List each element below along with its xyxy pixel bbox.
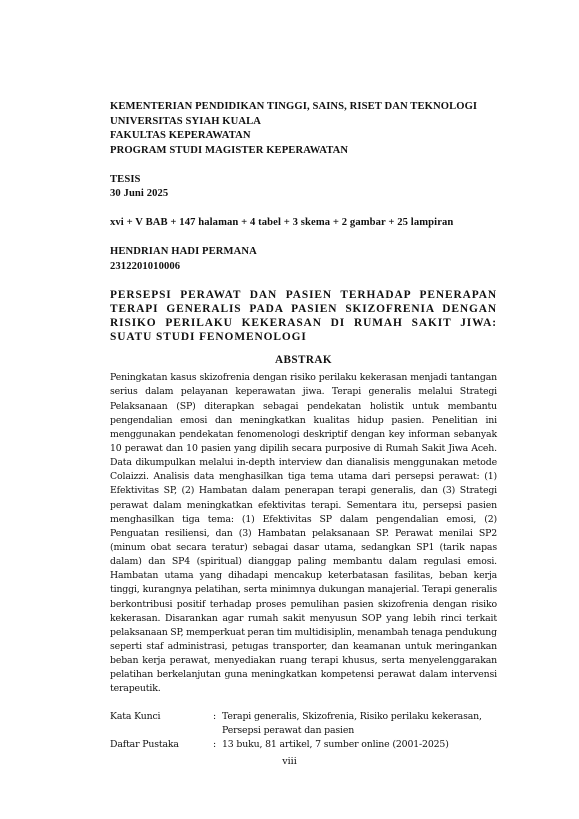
keywords-separator: :	[213, 710, 222, 738]
thesis-date: 30 Juni 2025	[110, 187, 497, 202]
keywords-value: Terapi generalis, Skizofrenia, Risiko pe…	[222, 710, 497, 738]
thesis-title: PERSEPSI PERAWAT DAN PASIEN TERHADAP PEN…	[110, 288, 497, 345]
student-id: 2312201010006	[110, 260, 497, 275]
page-content: KEMENTERIAN PENDIDIKAN TINGGI, SAINS, RI…	[110, 100, 497, 752]
abstract-metadata: Kata Kunci : Terapi generalis, Skizofren…	[110, 710, 497, 752]
university-name: UNIVERSITAS SYIAH KUALA	[110, 115, 497, 130]
document-page: KEMENTERIAN PENDIDIKAN TINGGI, SAINS, RI…	[0, 0, 579, 819]
program-name: PROGRAM STUDI MAGISTER KEPERAWATAN	[110, 144, 497, 159]
references-label: Daftar Pustaka	[110, 738, 213, 752]
thesis-extent: xvi + V BAB + 147 halaman + 4 tabel + 3 …	[110, 216, 497, 231]
keywords-label: Kata Kunci	[110, 710, 213, 738]
keywords-row: Kata Kunci : Terapi generalis, Skizofren…	[110, 710, 497, 738]
page-number: viii	[0, 756, 579, 767]
references-separator: :	[213, 738, 222, 752]
references-value: 13 buku, 81 artikel, 7 sumber online (20…	[222, 738, 497, 752]
faculty-name: FAKULTAS KEPERAWATAN	[110, 129, 497, 144]
document-type: TESIS	[110, 173, 497, 188]
abstract-body: Peningkatan kasus skizofrenia dengan ris…	[110, 371, 497, 696]
author-name: HENDRIAN HADI PERMANA	[110, 245, 497, 260]
abstract-heading: ABSTRAK	[110, 353, 497, 367]
ministry-name: KEMENTERIAN PENDIDIKAN TINGGI, SAINS, RI…	[110, 100, 497, 115]
references-row: Daftar Pustaka : 13 buku, 81 artikel, 7 …	[110, 738, 497, 752]
